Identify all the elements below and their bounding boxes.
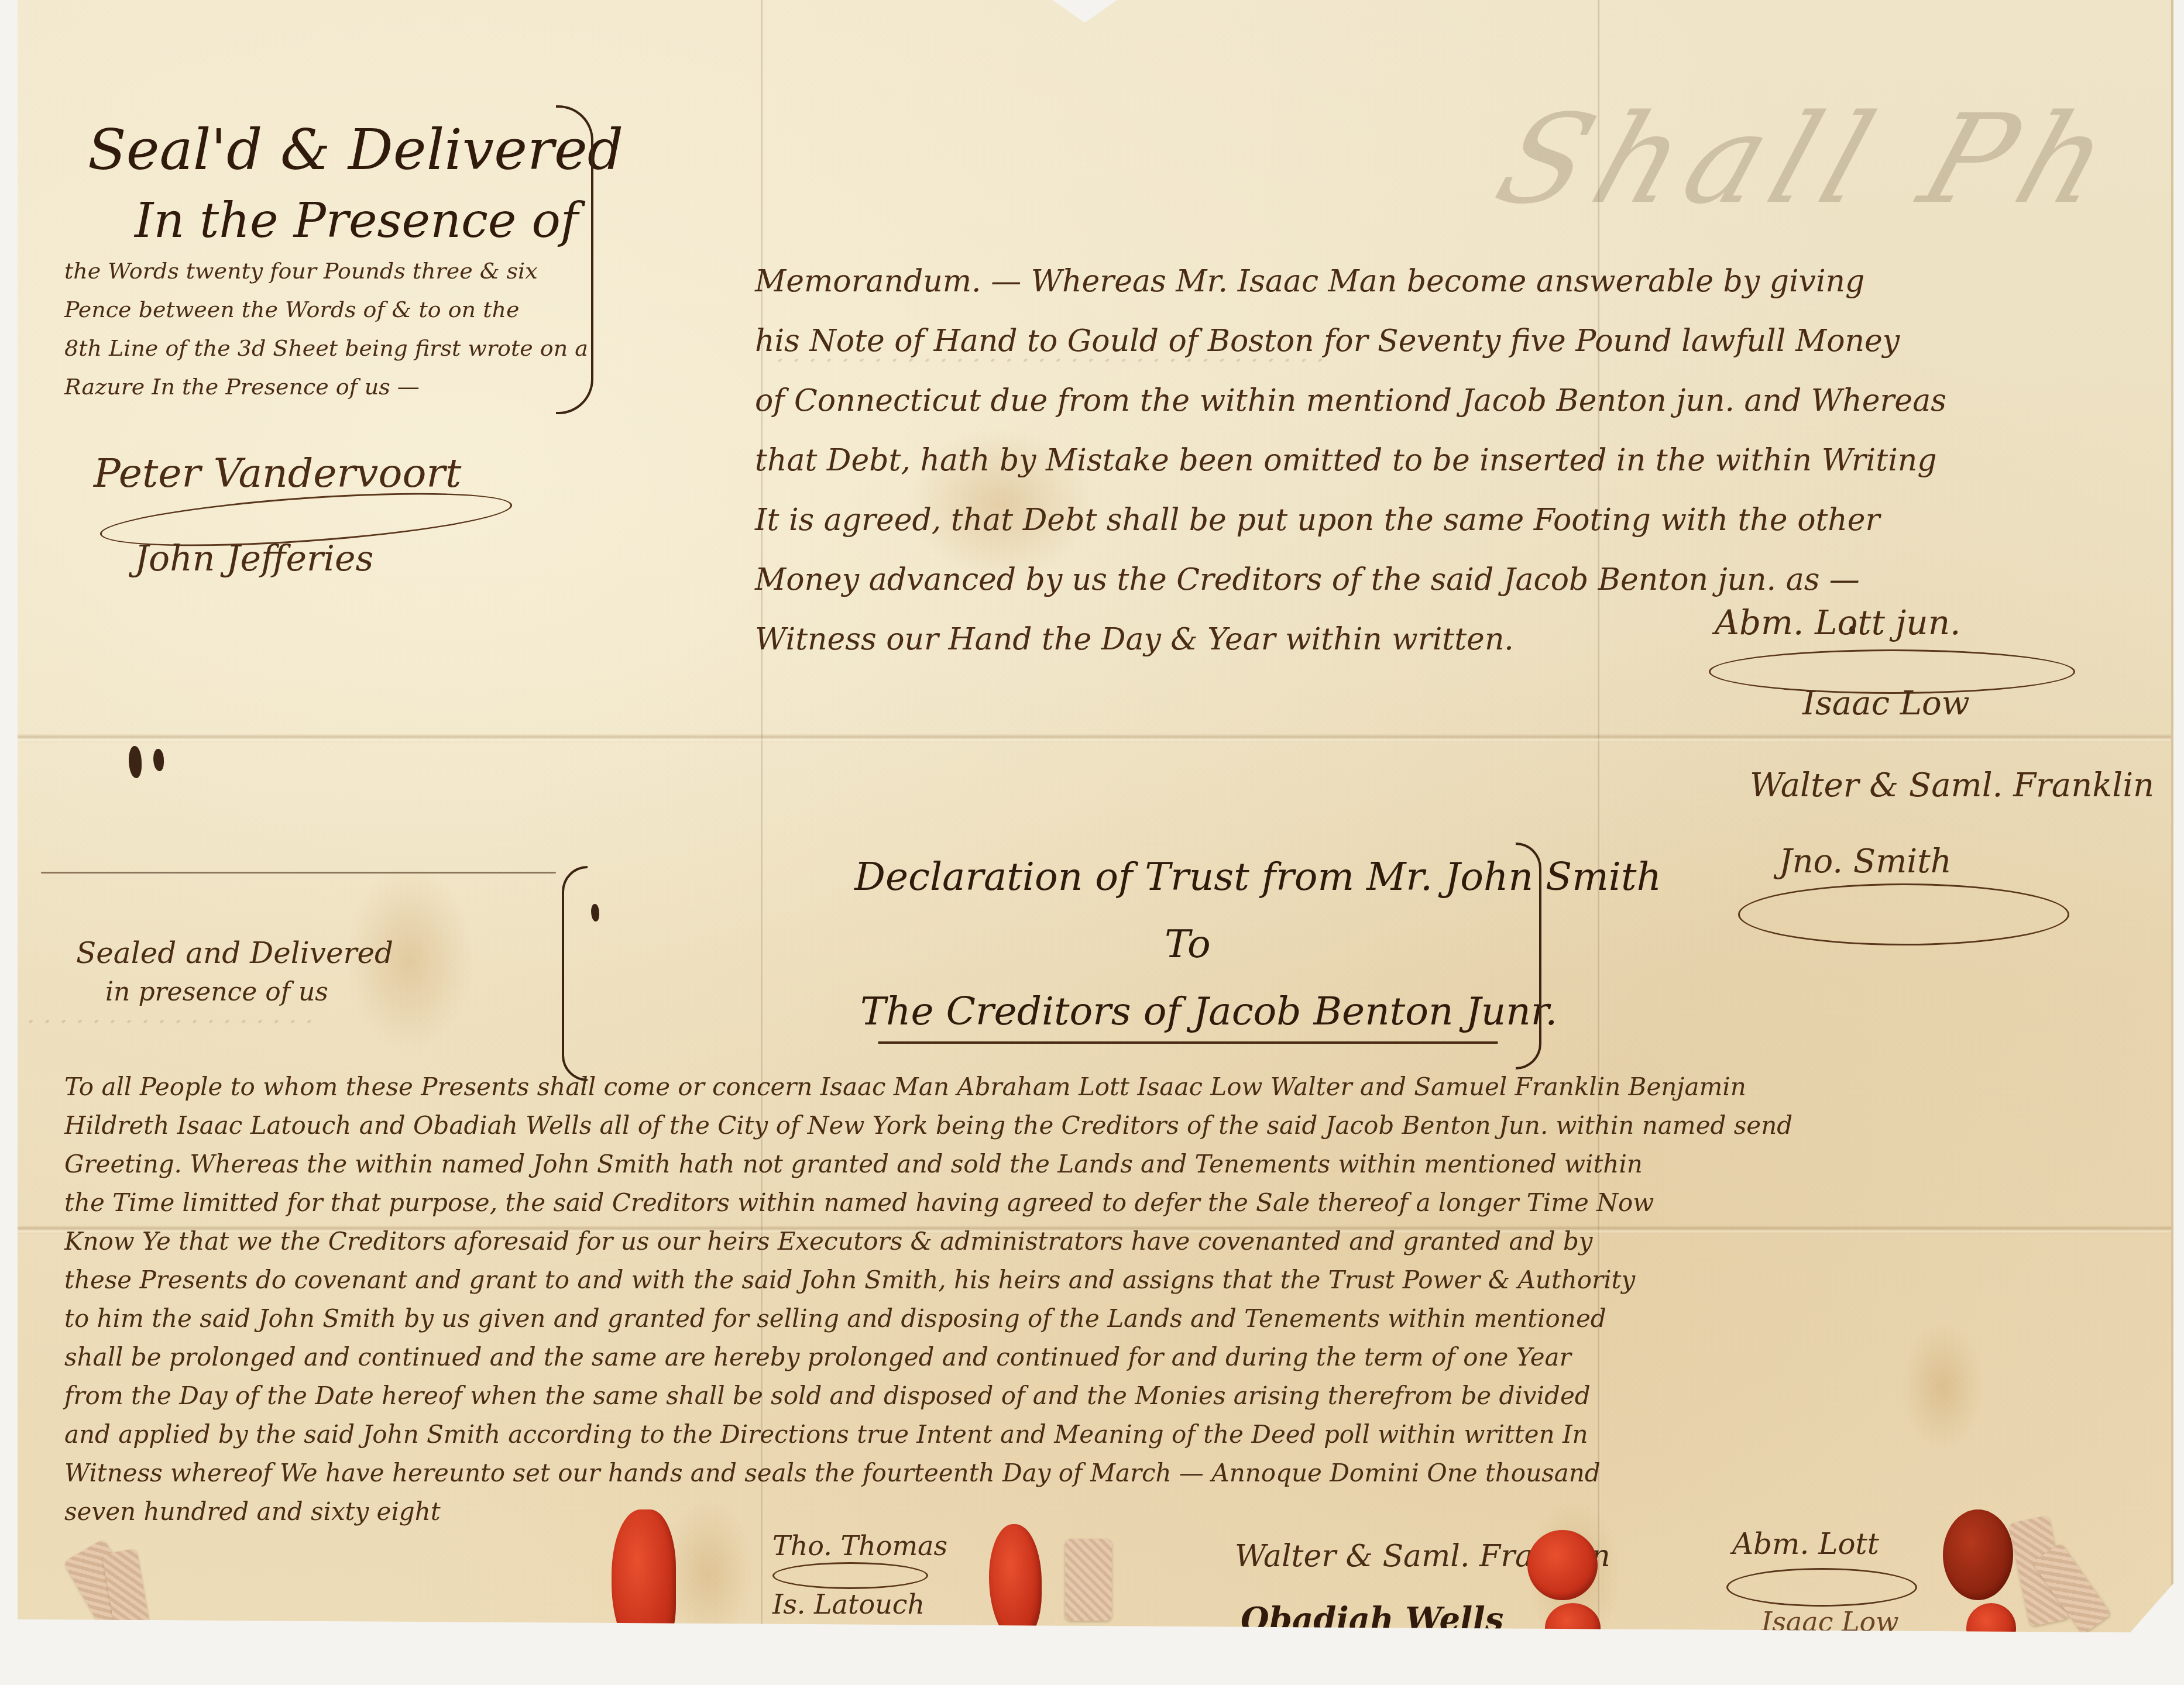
deed-line: the Time limitted for that purpose, the …	[64, 1184, 1792, 1222]
deed-line: Witness whereof We have hereunto set our…	[64, 1454, 1792, 1493]
witness-note-line: the Words twenty four Pounds three & six	[64, 252, 588, 290]
water-stain	[1902, 1322, 1984, 1451]
deed-line: To all People to whom these Presents sha…	[64, 1068, 1792, 1106]
memorandum-line: It is agreed, that Debt shall be put upo…	[755, 490, 1946, 550]
ink-blot	[129, 746, 142, 778]
signature-underline	[1241, 1644, 1463, 1646]
memorandum-line: Money advanced by us the Creditors of th…	[755, 550, 1946, 610]
signature-abm-lott: Abm. Lott jun.	[1715, 603, 1961, 642]
deed-line: Know Ye that we the Creditors aforesaid …	[64, 1222, 1792, 1261]
ink-blot	[591, 904, 599, 921]
memorandum-line: his Note of Hand to Gould of Boston for …	[755, 311, 1946, 371]
witness-note: the Words twenty four Pounds three & six…	[64, 252, 588, 406]
bracket	[562, 866, 588, 1081]
memorandum-line: Memorandum. — Whereas Mr. Isaac Man beco…	[755, 252, 1946, 311]
signature-is-latouch: Is. Latouch	[772, 1588, 925, 1620]
deed-line: and applied by the said John Smith accor…	[64, 1415, 1792, 1454]
witness-note-line: 8th Line of the 3d Sheet being first wro…	[64, 329, 588, 367]
bracket	[1516, 842, 1541, 1070]
signature-flourish	[1726, 1568, 1917, 1607]
signature-flourish	[772, 1562, 928, 1589]
title-underline	[878, 1041, 1498, 1044]
bleed-through-heading: Shall Ph	[1481, 88, 2137, 231]
fold-line-horizontal-middle	[18, 734, 2171, 742]
ink-blot	[153, 749, 164, 771]
witness-note-line: Pence between the Words of & to on the	[64, 290, 588, 329]
signature-isaac-low: Isaac Low	[1802, 685, 1970, 723]
memorandum-line: of Connecticut due from the within menti…	[755, 371, 1946, 431]
deed-line: Hildreth Isaac Latouch and Obadiah Wells…	[64, 1106, 1792, 1145]
wax-seal	[1545, 1603, 1601, 1653]
signature-tho-thomas: Tho. Thomas	[772, 1530, 947, 1562]
deed-line: these Presents do covenant and grant to …	[64, 1261, 1792, 1299]
signature-john-jefferies: John Jefferies	[135, 538, 373, 579]
witness-heading-lower: Sealed and Delivered	[76, 936, 393, 970]
wax-seal	[612, 1509, 676, 1656]
signature-obadiah-wells: Obadiah Wells	[1241, 1600, 1503, 1639]
deed-line: to him the said John Smith by us given a…	[64, 1299, 1792, 1338]
witness-heading: Seal'd & Delivered	[88, 117, 623, 183]
wax-seal	[1966, 1603, 2016, 1653]
wax-seal	[1943, 1509, 2013, 1600]
signature-peter-vandervoort: Peter Vandervoort	[94, 451, 461, 497]
title-line-3: The Creditors of Jacob Benton Junr.	[860, 989, 1557, 1034]
wax-seal	[989, 1524, 1042, 1641]
deed-line: shall be prolonged and continued and the…	[64, 1338, 1792, 1377]
signature-abm-lott-bottom: Abm. Lott	[1732, 1527, 1879, 1561]
deed-line: seven hundred and sixty eight	[64, 1493, 1792, 1531]
wax-seal	[1527, 1530, 1598, 1600]
divider-line	[41, 872, 556, 874]
ribbon-seal	[1065, 1539, 1112, 1621]
deed-line: from the Day of the Date hereof when the…	[64, 1377, 1792, 1415]
deed-line: Greeting. Whereas the within named John …	[64, 1145, 1792, 1184]
bracket	[556, 105, 593, 414]
memorandum-line: that Debt, hath by Mistake been omitted …	[755, 431, 1946, 490]
witness-note-line: Razure In the Presence of us —	[64, 367, 588, 406]
signature-john-smith: Jno. Smith	[1779, 842, 1952, 881]
signature-flourish	[1738, 883, 2069, 945]
parchment-document: Shall Ph . . . . . . . . . . . . . . . .…	[18, 0, 2173, 1632]
title-line-2: To	[1165, 921, 1211, 967]
deed-body: To all People to whom these Presents sha…	[64, 1068, 1792, 1531]
witness-subheading-lower: in presence of us	[105, 977, 328, 1007]
signature-walter-samuel-franklin: Walter & Saml. Franklin	[1750, 766, 2154, 804]
signature-isaac-low-bottom: Isaac Low	[1761, 1606, 1899, 1638]
witness-subheading: In the Presence of	[135, 193, 578, 249]
